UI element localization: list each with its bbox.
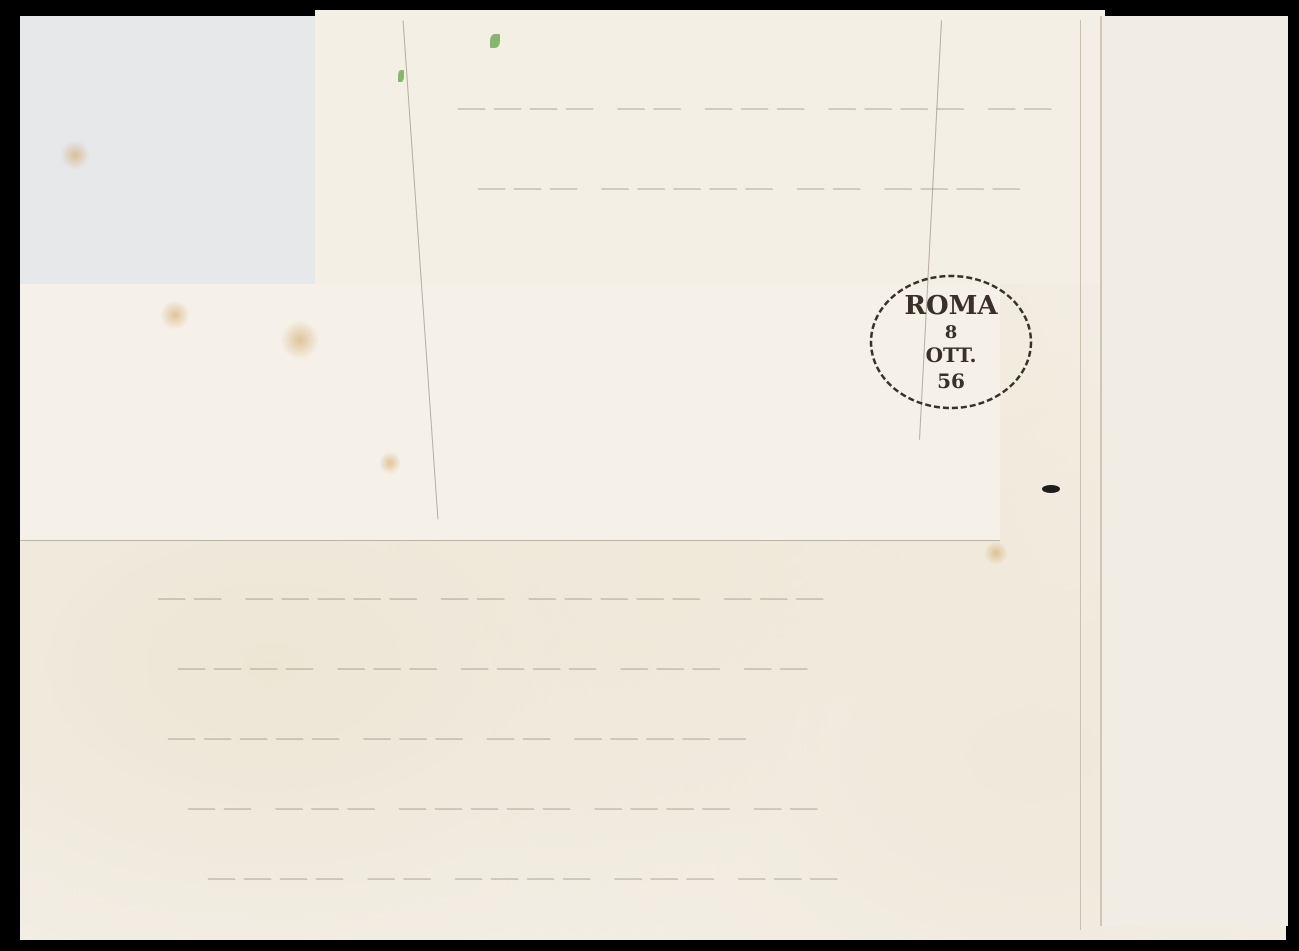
bleed-through-script: ————— —— ——— ————— [154,720,753,755]
bleed-through-script: ——— ——— ———— —— ———— [194,860,845,895]
bleed-through-script: ———— —— ————— ——— [464,170,1027,205]
foxing-stain [380,450,400,476]
foxing-stain [985,540,1007,566]
postmark-city: ROMA [904,291,998,321]
bleed-through-script: —— ——— ———— ——— ———— [164,650,815,685]
postmark-circle-icon: ROMA 8 OTT. 56 [867,272,1035,412]
postmark-day: 8 [945,322,958,343]
ink-blot [1042,485,1060,493]
bleed-through-script: ——— ————— —— ————— —— [144,580,831,615]
green-ink-fleck [490,34,500,48]
roma-postmark: ROMA 8 OTT. 56 [867,272,1035,412]
foxing-stain [60,140,90,170]
postmark-year: 56 [937,369,965,393]
top-fold-flap [315,10,1105,284]
foxing-stain [160,300,190,330]
fold-crease [1080,20,1081,930]
postmark-month: OTT. [926,343,977,367]
foxing-stain [280,320,320,360]
bleed-through-script: —— ———— ——— —— ———— [444,90,1059,125]
green-ink-fleck [398,70,404,82]
right-fold-flap [1100,16,1288,926]
bleed-through-script: —— ———— ————— ——— —— [174,790,825,825]
